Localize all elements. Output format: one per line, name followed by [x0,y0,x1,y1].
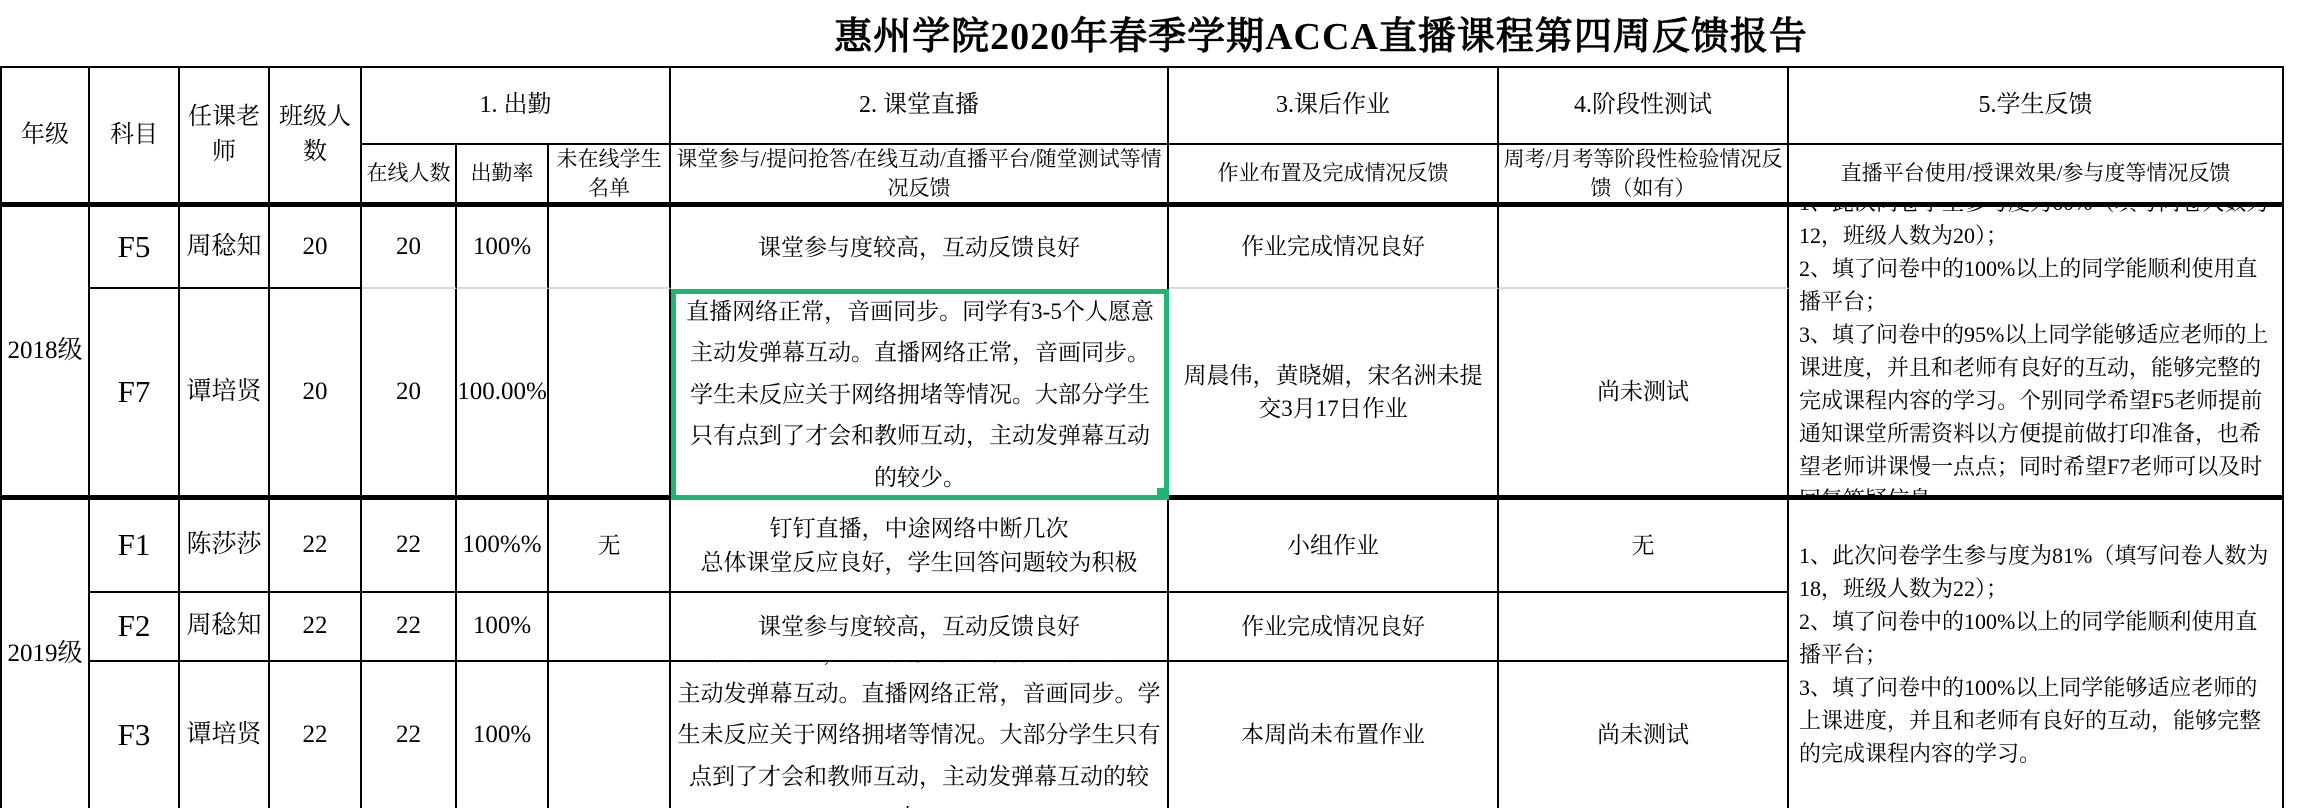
header-feedback-detail[interactable]: 直播平台使用/授课效果/参与度等情况反馈 [1789,145,2284,207]
cell-f7-test[interactable]: 尚未测试 [1499,289,1789,500]
cell-f3-homework[interactable]: 本周尚未布置作业 [1169,662,1499,808]
cell-f2-test[interactable] [1499,593,1789,662]
cell-f2-subject[interactable]: F2 [90,593,180,662]
cell-f2-online[interactable]: 22 [362,593,457,662]
header-grade[interactable]: 年级 [2,68,90,207]
cell-f7-class-size[interactable]: 20 [270,289,362,500]
cell-f1-subject[interactable]: F1 [90,500,180,593]
cell-f7-online[interactable]: 20 [362,289,457,500]
cell-f3-subject[interactable]: F3 [90,662,180,808]
cell-f1-teacher[interactable]: 陈莎莎 [180,500,270,593]
header-online-count[interactable]: 在线人数 [362,145,457,207]
header-subject[interactable]: 科目 [90,68,180,207]
cell-f1-offline[interactable]: 无 [549,500,671,593]
cell-feedback-2019[interactable]: 1、此次问卷学生参与度为81%（填写问卷人数为18，班级人数为22）； 2、填了… [1789,500,2284,808]
selected-cell-f7-live[interactable]: 直播网络正常，音画同步。同学有3-5个人愿意主动发弹幕互动。直播网络正常，音画同… [671,289,1169,500]
header-group-attendance[interactable]: 1. 出勤 [362,68,671,145]
cell-f3-test[interactable]: 尚未测试 [1499,662,1789,808]
cell-f7-teacher[interactable]: 谭培贤 [180,289,270,500]
cell-f7-offline[interactable] [549,289,671,500]
header-group-feedback[interactable]: 5.学生反馈 [1789,68,2284,145]
cell-grade-2018[interactable]: 2018级 [2,207,90,500]
cell-f2-homework[interactable]: 作业完成情况良好 [1169,593,1499,662]
cell-f7-subject[interactable]: F7 [90,289,180,500]
cell-f5-online[interactable]: 20 [362,207,457,289]
cell-f5-test[interactable] [1499,207,1789,289]
header-class-size[interactable]: 班级人数 [270,68,362,207]
cell-f5-homework[interactable]: 作业完成情况良好 [1169,207,1499,289]
cell-f5-live[interactable]: 课堂参与度较高，互动反馈良好 [671,207,1169,289]
cell-f3-teacher[interactable]: 谭培贤 [180,662,270,808]
cell-f5-rate[interactable]: 100% [457,207,549,289]
cell-f2-offline[interactable] [549,593,671,662]
header-live-detail[interactable]: 课堂参与/提问抢答/在线互动/直播平台/随堂测试等情况反馈 [671,145,1169,207]
cell-f1-rate[interactable]: 100%% [457,500,549,593]
cell-f2-teacher[interactable]: 周稔知 [180,593,270,662]
header-group-test[interactable]: 4.阶段性测试 [1499,68,1789,145]
cell-f5-offline[interactable] [549,207,671,289]
cell-f1-live[interactable]: 钉钉直播，中途网络中断几次 总体课堂反应良好，学生回答问题较为积极 [671,500,1169,593]
cell-f3-online[interactable]: 22 [362,662,457,808]
cell-f5-teacher[interactable]: 周稔知 [180,207,270,289]
report-table: 年级 科目 任课老师 班级人数 1. 出勤 2. 课堂直播 3.课后作业 4.阶… [0,66,2284,808]
header-group-live[interactable]: 2. 课堂直播 [671,68,1169,145]
header-homework-detail[interactable]: 作业布置及完成情况反馈 [1169,145,1499,207]
header-offline-students[interactable]: 未在线学生名单 [549,145,671,207]
header-test-detail[interactable]: 周考/月考等阶段性检验情况反馈（如有） [1499,145,1789,207]
cell-f2-class-size[interactable]: 22 [270,593,362,662]
cell-f2-live[interactable]: 课堂参与度较高，互动反馈良好 [671,593,1169,662]
cell-feedback-2018[interactable]: 1、此次问卷学生参与度为60%（填写问卷人数为12，班级人数为20）； 2、填了… [1789,207,2284,500]
cell-f3-live[interactable]: 直播网络正常，音画同步。同学有7-8个人愿意主动发弹幕互动。直播网络正常，音画同… [671,662,1169,808]
header-teacher[interactable]: 任课老师 [180,68,270,207]
cell-f3-class-size[interactable]: 22 [270,662,362,808]
cell-f3-rate[interactable]: 100% [457,662,549,808]
cell-f3-offline[interactable] [549,662,671,808]
cell-f1-class-size[interactable]: 22 [270,500,362,593]
cell-f1-online[interactable]: 22 [362,500,457,593]
cell-grade-2019[interactable]: 2019级 [2,500,90,808]
cell-f7-homework[interactable]: 周晨伟，黄晓媚，宋名洲未提交3月17日作业 [1169,289,1499,500]
cell-f1-test[interactable]: 无 [1499,500,1789,593]
header-attendance-rate[interactable]: 出勤率 [457,145,549,207]
header-group-homework[interactable]: 3.课后作业 [1169,68,1499,145]
spreadsheet-view: 惠州学院2020年春季学期ACCA直播课程第四周反馈报告 年级 科目 任课老师 … [0,0,2316,808]
cell-f1-homework[interactable]: 小组作业 [1169,500,1499,593]
cell-f5-subject[interactable]: F5 [90,207,180,289]
report-title: 惠州学院2020年春季学期ACCA直播课程第四周反馈报告 [360,5,2282,60]
cell-f7-rate[interactable]: 100.00% [457,289,549,500]
cell-f2-rate[interactable]: 100% [457,593,549,662]
cell-f5-class-size[interactable]: 20 [270,207,362,289]
selection-fill-handle[interactable] [1155,486,1169,500]
